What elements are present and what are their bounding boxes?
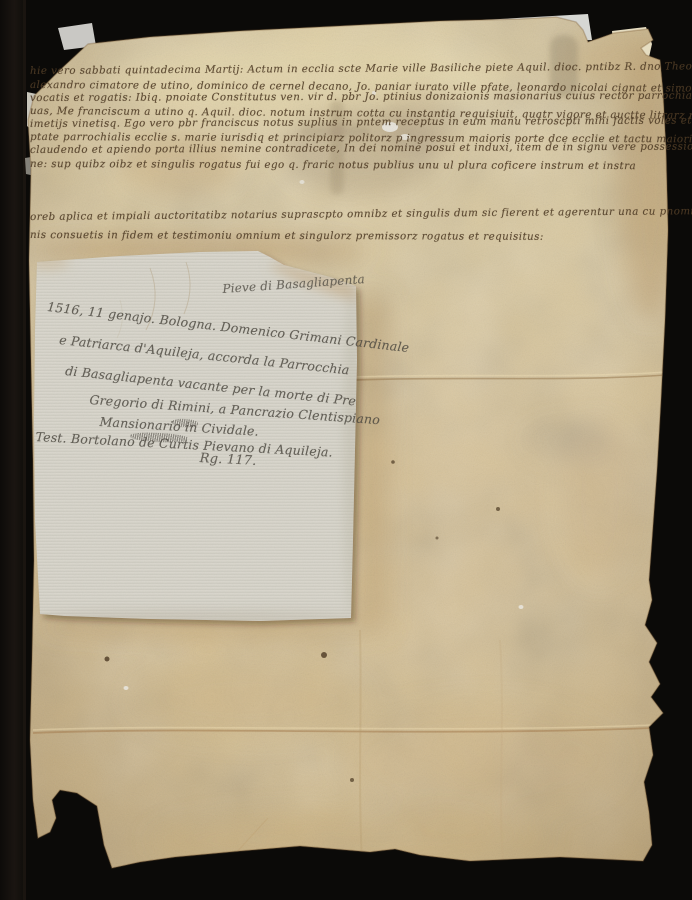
archival-note-slip xyxy=(26,245,365,630)
photographed-document: hie vero sabbati quintadecima Martij: Ac… xyxy=(0,0,692,900)
binding-gutter xyxy=(0,0,26,900)
document-artwork xyxy=(0,0,692,900)
